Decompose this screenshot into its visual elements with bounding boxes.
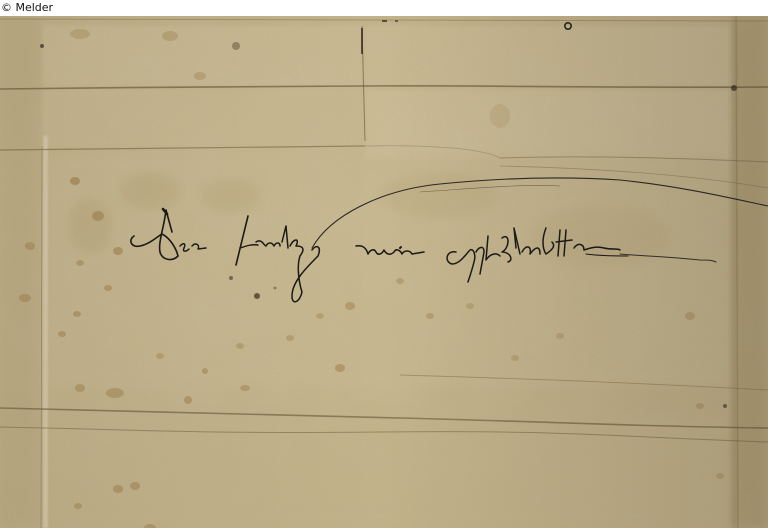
document-photo: Der tantz von ... schlosstz <box>0 16 768 528</box>
page: © Melder <box>0 0 768 528</box>
copyright-caption: © Melder <box>1 0 53 15</box>
paper-illustration <box>0 16 768 528</box>
caption-bar: © Melder <box>0 0 768 16</box>
